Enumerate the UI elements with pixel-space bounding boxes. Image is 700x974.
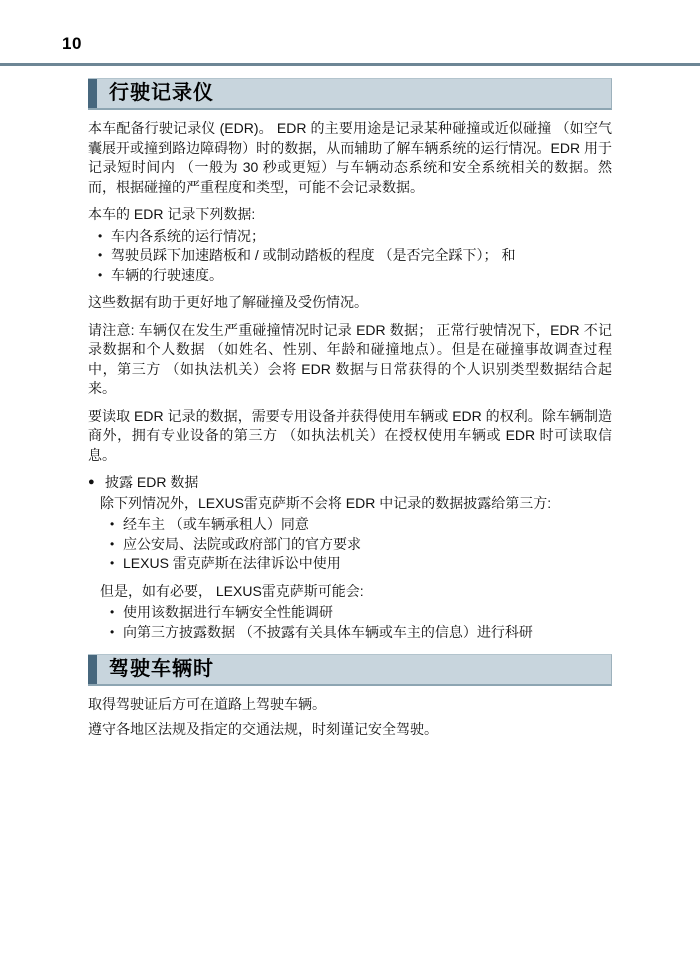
section-header-driving: 驾驶车辆时 xyxy=(88,654,612,686)
paragraph-driving-rules: 遵守各地区法规及指定的交通法规，时刻谨记安全驾驶。 xyxy=(88,720,612,740)
edr-records-list: • 车内各系统的运行情况； • 驾驶员踩下加速踏板和 / 或制动踏板的程度 （是… xyxy=(88,227,612,286)
disclosure-heading: 披露 EDR 数据 xyxy=(105,473,198,493)
list-item: • 向第三方披露数据 （不披露有关具体车辆或车主的信息）进行科研 xyxy=(110,623,612,643)
paragraph-edr-access: 要读取 EDR 记录的数据，需要专用设备并获得使用车辆或 EDR 的权利。除车辆… xyxy=(88,407,612,466)
bullet-icon: • xyxy=(98,246,111,266)
disclosure-block: 除下列情况外，LEXUS雷克萨斯不会将 EDR 中记录的数据披露给第三方: • … xyxy=(88,494,612,643)
bullet-icon: • xyxy=(110,623,123,643)
bullet-icon: • xyxy=(98,266,111,286)
disclosure-exception-list: • 经车主 （或车辆承租人）同意 • 应公安局、法院或政府部门的官方要求 • L… xyxy=(100,515,612,574)
paragraph-edr-overview: 本车配备行驶记录仪 (EDR)。 EDR 的主要用途是记录某种碰撞或近似碰撞 （… xyxy=(88,119,612,197)
bullet-icon: • xyxy=(98,227,111,247)
disclosure-may-list: • 使用该数据进行车辆安全性能调研 • 向第三方披露数据 （不披露有关具体车辆或… xyxy=(100,603,612,642)
list-item: • 使用该数据进行车辆安全性能调研 xyxy=(110,603,612,623)
list-item-text: 驾驶员踩下加速踏板和 / 或制动踏板的程度 （是否完全踩下）； 和 xyxy=(111,246,612,266)
paragraph-driving-license: 取得驾驶证后方可在道路上驾驶车辆。 xyxy=(88,695,612,715)
list-item: • 驾驶员踩下加速踏板和 / 或制动踏板的程度 （是否完全踩下）； 和 xyxy=(98,246,612,266)
list-item: • LEXUS 雷克萨斯在法律诉讼中使用 xyxy=(110,554,612,574)
section-title-driving: 驾驶车辆时 xyxy=(97,655,214,684)
section-title-edr: 行驶记录仪 xyxy=(97,79,214,108)
page-number: 10 xyxy=(62,34,82,54)
bullet-icon: • xyxy=(110,535,123,555)
paragraph-edr-notice: 请注意: 车辆仅在发生严重碰撞情况时记录 EDR 数据； 正常行驶情况下，EDR… xyxy=(88,321,612,399)
disclosure-heading-line: ● 披露 EDR 数据 xyxy=(88,473,612,493)
list-item-text: LEXUS 雷克萨斯在法律诉讼中使用 xyxy=(123,554,612,574)
list-item: • 车内各系统的运行情况； xyxy=(98,227,612,247)
disclosure-intro: 除下列情况外，LEXUS雷克萨斯不会将 EDR 中记录的数据披露给第三方: xyxy=(100,494,612,514)
section-header-edr: 行驶记录仪 xyxy=(88,78,612,110)
page-content: 行驶记录仪 本车配备行驶记录仪 (EDR)。 EDR 的主要用途是记录某种碰撞或… xyxy=(88,78,612,744)
paragraph-edr-records-intro: 本车的 EDR 记录下列数据: xyxy=(88,205,612,225)
section-accent-bar xyxy=(88,79,97,108)
list-item-text: 应公安局、法院或政府部门的官方要求 xyxy=(123,535,612,555)
bullet-icon: • xyxy=(110,515,123,535)
disc-bullet-icon: ● xyxy=(88,473,105,493)
list-item-text: 使用该数据进行车辆安全性能调研 xyxy=(123,603,612,623)
list-item-text: 经车主 （或车辆承租人）同意 xyxy=(123,515,612,535)
list-item: • 经车主 （或车辆承租人）同意 xyxy=(110,515,612,535)
list-item-text: 车内各系统的运行情况； xyxy=(111,227,612,247)
list-item-text: 车辆的行驶速度。 xyxy=(111,266,612,286)
section-accent-bar xyxy=(88,655,97,684)
list-item: • 车辆的行驶速度。 xyxy=(98,266,612,286)
top-rule xyxy=(0,63,700,66)
disclosure-but: 但是，如有必要， LEXUS雷克萨斯可能会: xyxy=(100,582,612,602)
list-item: • 应公安局、法院或政府部门的官方要求 xyxy=(110,535,612,555)
bullet-icon: • xyxy=(110,603,123,623)
list-item-text: 向第三方披露数据 （不披露有关具体车辆或车主的信息）进行科研 xyxy=(123,623,612,643)
bullet-icon: • xyxy=(110,554,123,574)
paragraph-edr-purpose: 这些数据有助于更好地了解碰撞及受伤情况。 xyxy=(88,293,612,313)
